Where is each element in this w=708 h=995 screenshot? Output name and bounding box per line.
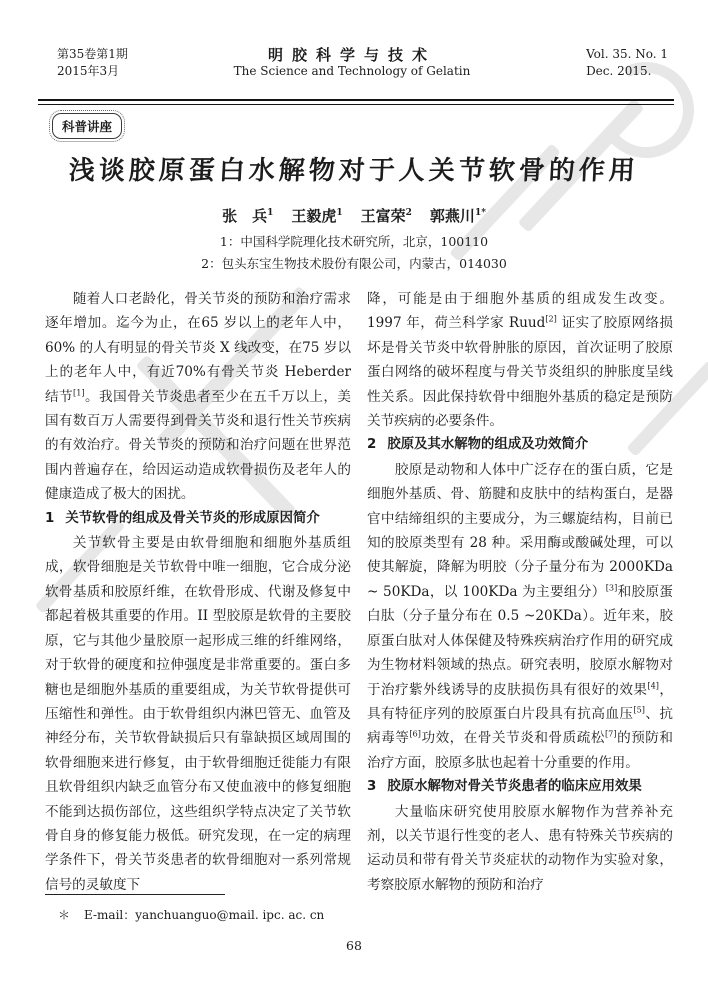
footnote-marker: ＊	[58, 908, 70, 922]
author-affiliation-superscript: 1	[267, 208, 273, 218]
section-number: 2	[367, 433, 376, 457]
page-number: 68	[0, 938, 708, 953]
article-title: 浅谈胶原蛋白水解物对于人关节软骨的作用	[0, 150, 708, 187]
volume-issue: 第35卷第1期	[57, 46, 128, 63]
author-name: 郭燕川1*	[430, 207, 486, 225]
reference-superscript: [6]	[409, 729, 421, 739]
section-number: 3	[367, 775, 376, 799]
section-heading: 1关节软骨的组成及骨关节炎的形成原因简介	[45, 507, 351, 531]
header-vol-block: Vol. 35. No. 1 Dec. 2015.	[586, 46, 668, 80]
author-affiliation-superscript: 1	[336, 208, 342, 218]
section-title: 胶原水解物对骨关节炎患者的临床应用效果	[387, 775, 641, 799]
reference-superscript: [4]	[647, 680, 659, 690]
author-name: 王富荣2	[361, 207, 412, 225]
journal-title-cn: 明胶科学与技术	[234, 46, 471, 64]
affiliations-block: 1：中国科学院理化技术研究所，北京，1001102：包头东宝生物技术股份有限公司…	[0, 231, 708, 275]
reference-superscript: [7]	[605, 729, 617, 739]
body-paragraph: 大量临床研究使用胶原水解物作为营养补充剂，以关节退行性变的老人、患有特殊关节疾病…	[367, 800, 673, 898]
journal-title-en: The Science and Technology of Gelatin	[234, 64, 471, 79]
journal-page: 第35卷第1期 2015年3月 明胶科学与技术 The Science and …	[0, 0, 708, 995]
issue-date-cn: 2015年3月	[57, 63, 128, 80]
header-rule-thick	[38, 99, 674, 101]
author-name: 张 兵1	[222, 207, 273, 225]
header-rule-thin	[38, 104, 674, 105]
article-body: 随着人口老龄化，骨关节炎的预防和治疗需求逐年增加。迄今为止，在65 岁以上的老年…	[45, 287, 673, 897]
column-right: 降，可能是由于细胞外基质的组成发生改变。1997 年，荷兰科学家 Ruud[2]…	[367, 287, 673, 897]
author-name: 王毅虎1	[291, 207, 342, 225]
author-affiliation-superscript: 1*	[475, 208, 486, 218]
body-paragraph: 降，可能是由于细胞外基质的组成发生改变。1997 年，荷兰科学家 Ruud[2]…	[367, 287, 673, 433]
footnote-rule	[45, 894, 225, 895]
affiliation-line: 1：中国科学院理化技术研究所，北京，100110	[0, 231, 708, 253]
reference-superscript: [2]	[545, 314, 557, 324]
section-title: 关节软骨的组成及骨关节炎的形成原因简介	[65, 507, 319, 531]
affiliation-line: 2：包头东宝生物技术股份有限公司，内蒙古，014030	[0, 253, 708, 275]
section-heading: 2胶原及其水解物的组成及功效简介	[367, 433, 673, 457]
reference-superscript: [1]	[73, 387, 85, 397]
reference-superscript: [5]	[633, 704, 645, 714]
body-paragraph: 关节软骨主要是由软骨细胞和细胞外基质组成，软骨细胞是关节软骨中唯一细胞，它合成分…	[45, 531, 351, 897]
section-title: 胶原及其水解物的组成及功效简介	[387, 433, 588, 457]
author-affiliation-superscript: 2	[406, 208, 412, 218]
section-number: 1	[45, 507, 54, 531]
footnote-email: E-mail：yanchuanguo@mail. ipc. ac. cn	[84, 908, 324, 922]
authors-line: 张 兵1王毅虎1王富荣2郭燕川1*	[0, 205, 708, 226]
header-journal-block: 明胶科学与技术 The Science and Technology of Ge…	[234, 46, 471, 80]
column-badge: 科普讲座	[52, 113, 122, 139]
volume-en: Vol. 35. No. 1	[586, 46, 668, 63]
column-left: 随着人口老龄化，骨关节炎的预防和治疗需求逐年增加。迄今为止，在65 岁以上的老年…	[45, 287, 351, 897]
reference-superscript: [3]	[606, 582, 618, 592]
journal-header: 第35卷第1期 2015年3月 明胶科学与技术 The Science and …	[57, 46, 668, 80]
footnote: ＊E-mail：yanchuanguo@mail. ipc. ac. cn	[58, 906, 324, 923]
header-issue-block: 第35卷第1期 2015年3月	[57, 46, 128, 80]
section-heading: 3胶原水解物对骨关节炎患者的临床应用效果	[367, 775, 673, 799]
issue-date-en: Dec. 2015.	[586, 63, 668, 80]
body-paragraph: 随着人口老龄化，骨关节炎的预防和治疗需求逐年增加。迄今为止，在65 岁以上的老年…	[45, 287, 351, 507]
body-paragraph: 胶原是动物和人体中广泛存在的蛋白质，它是细胞外基质、骨、筋腱和皮肤中的结构蛋白，…	[367, 458, 673, 775]
